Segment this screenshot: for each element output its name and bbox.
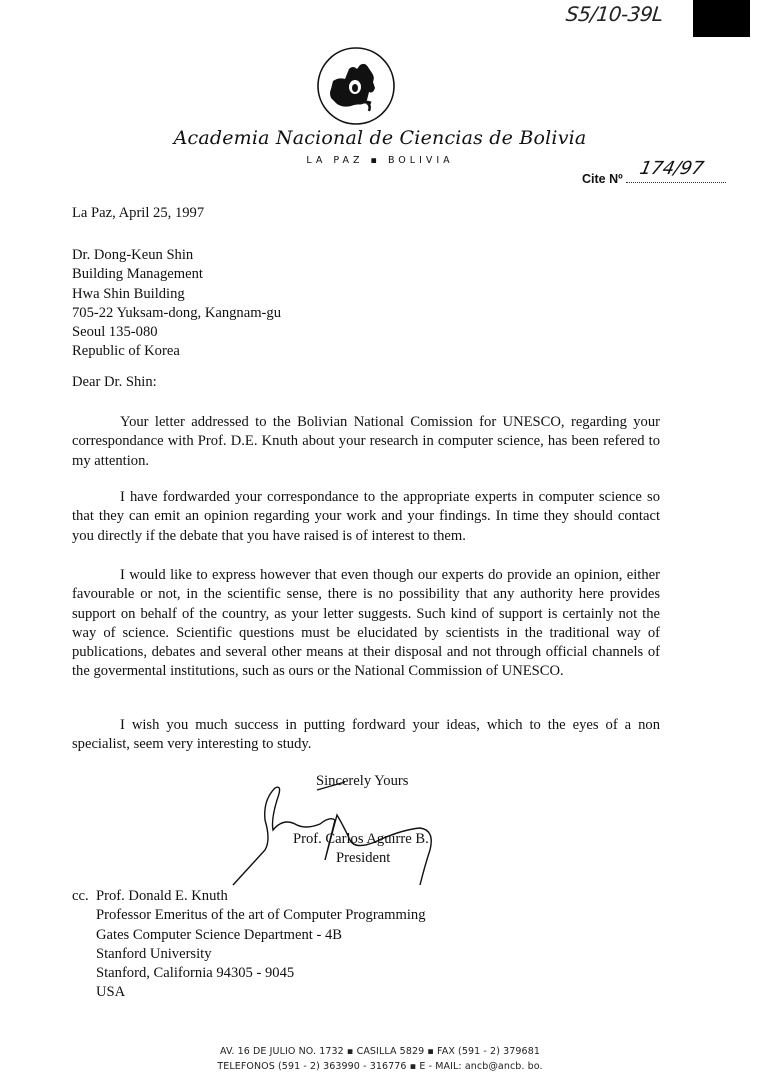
paragraph-text: I have fordwarded your correspondance to… [72,488,660,546]
letterhead-footer: AV. 16 DE JULIO NO. 1732 ▪ CASILLA 5829 … [0,1044,760,1074]
signer-title: President [336,849,390,868]
footer-contact-line: TELEFONOS (591 - 2) 363990 - 316776 ▪ E … [0,1059,760,1074]
recipient-line: 705-22 Yuksam-dong, Kangnam-gu [72,304,281,323]
carbon-copy-block: cc. Prof. Donald E. Knuth Professor Emer… [72,887,426,1003]
cc-line: USA [96,983,426,1002]
recipient-address: Dr. Dong-Keun Shin Building Management H… [72,246,281,362]
recipient-line: Republic of Korea [72,342,281,361]
body-paragraph-3: I would like to express however that eve… [72,566,660,682]
cite-label: Cite Nº [582,172,623,186]
paragraph-text: Your letter addressed to the Bolivian Na… [72,413,660,471]
paragraph-text: I wish you much success in putting fordw… [72,716,660,755]
academy-emblem-icon [315,45,397,127]
cc-line: Stanford, California 94305 - 9045 [96,964,426,983]
cc-line: Prof. Donald E. Knuth [96,887,426,906]
signer-name: Prof. Carlos Aguirre B. [293,830,429,849]
recipient-line: Dr. Dong-Keun Shin [72,246,281,265]
institution-name: Academia Nacional de Ciencias de Bolivia [0,127,760,149]
salutation: Dear Dr. Shin: [72,373,157,392]
recipient-line: Seoul 135-080 [72,323,281,342]
cc-line: Professor Emeritus of the art of Compute… [96,906,426,925]
cc-line: Stanford University [96,945,426,964]
cite-number: 174/97 [637,158,705,179]
handwritten-reference: S5/10-39L [565,2,664,26]
recipient-line: Building Management [72,265,281,284]
recipient-line: Hwa Shin Building [72,285,281,304]
paragraph-text: I would like to express however that eve… [72,566,660,682]
cite-line: 174/97 [626,170,726,183]
cc-line: Gates Computer Science Department - 4B [96,926,426,945]
body-paragraph-2: I have fordwarded your correspondance to… [72,488,660,546]
redaction-block [693,0,750,37]
footer-address-line: AV. 16 DE JULIO NO. 1732 ▪ CASILLA 5829 … [0,1044,760,1059]
cc-label: cc. [72,887,96,1003]
cite-reference: Cite Nº 174/97 [582,170,726,186]
body-paragraph-4: I wish you much success in putting fordw… [72,716,660,755]
body-paragraph-1: Your letter addressed to the Bolivian Na… [72,413,660,471]
letter-date: La Paz, April 25, 1997 [72,204,204,223]
